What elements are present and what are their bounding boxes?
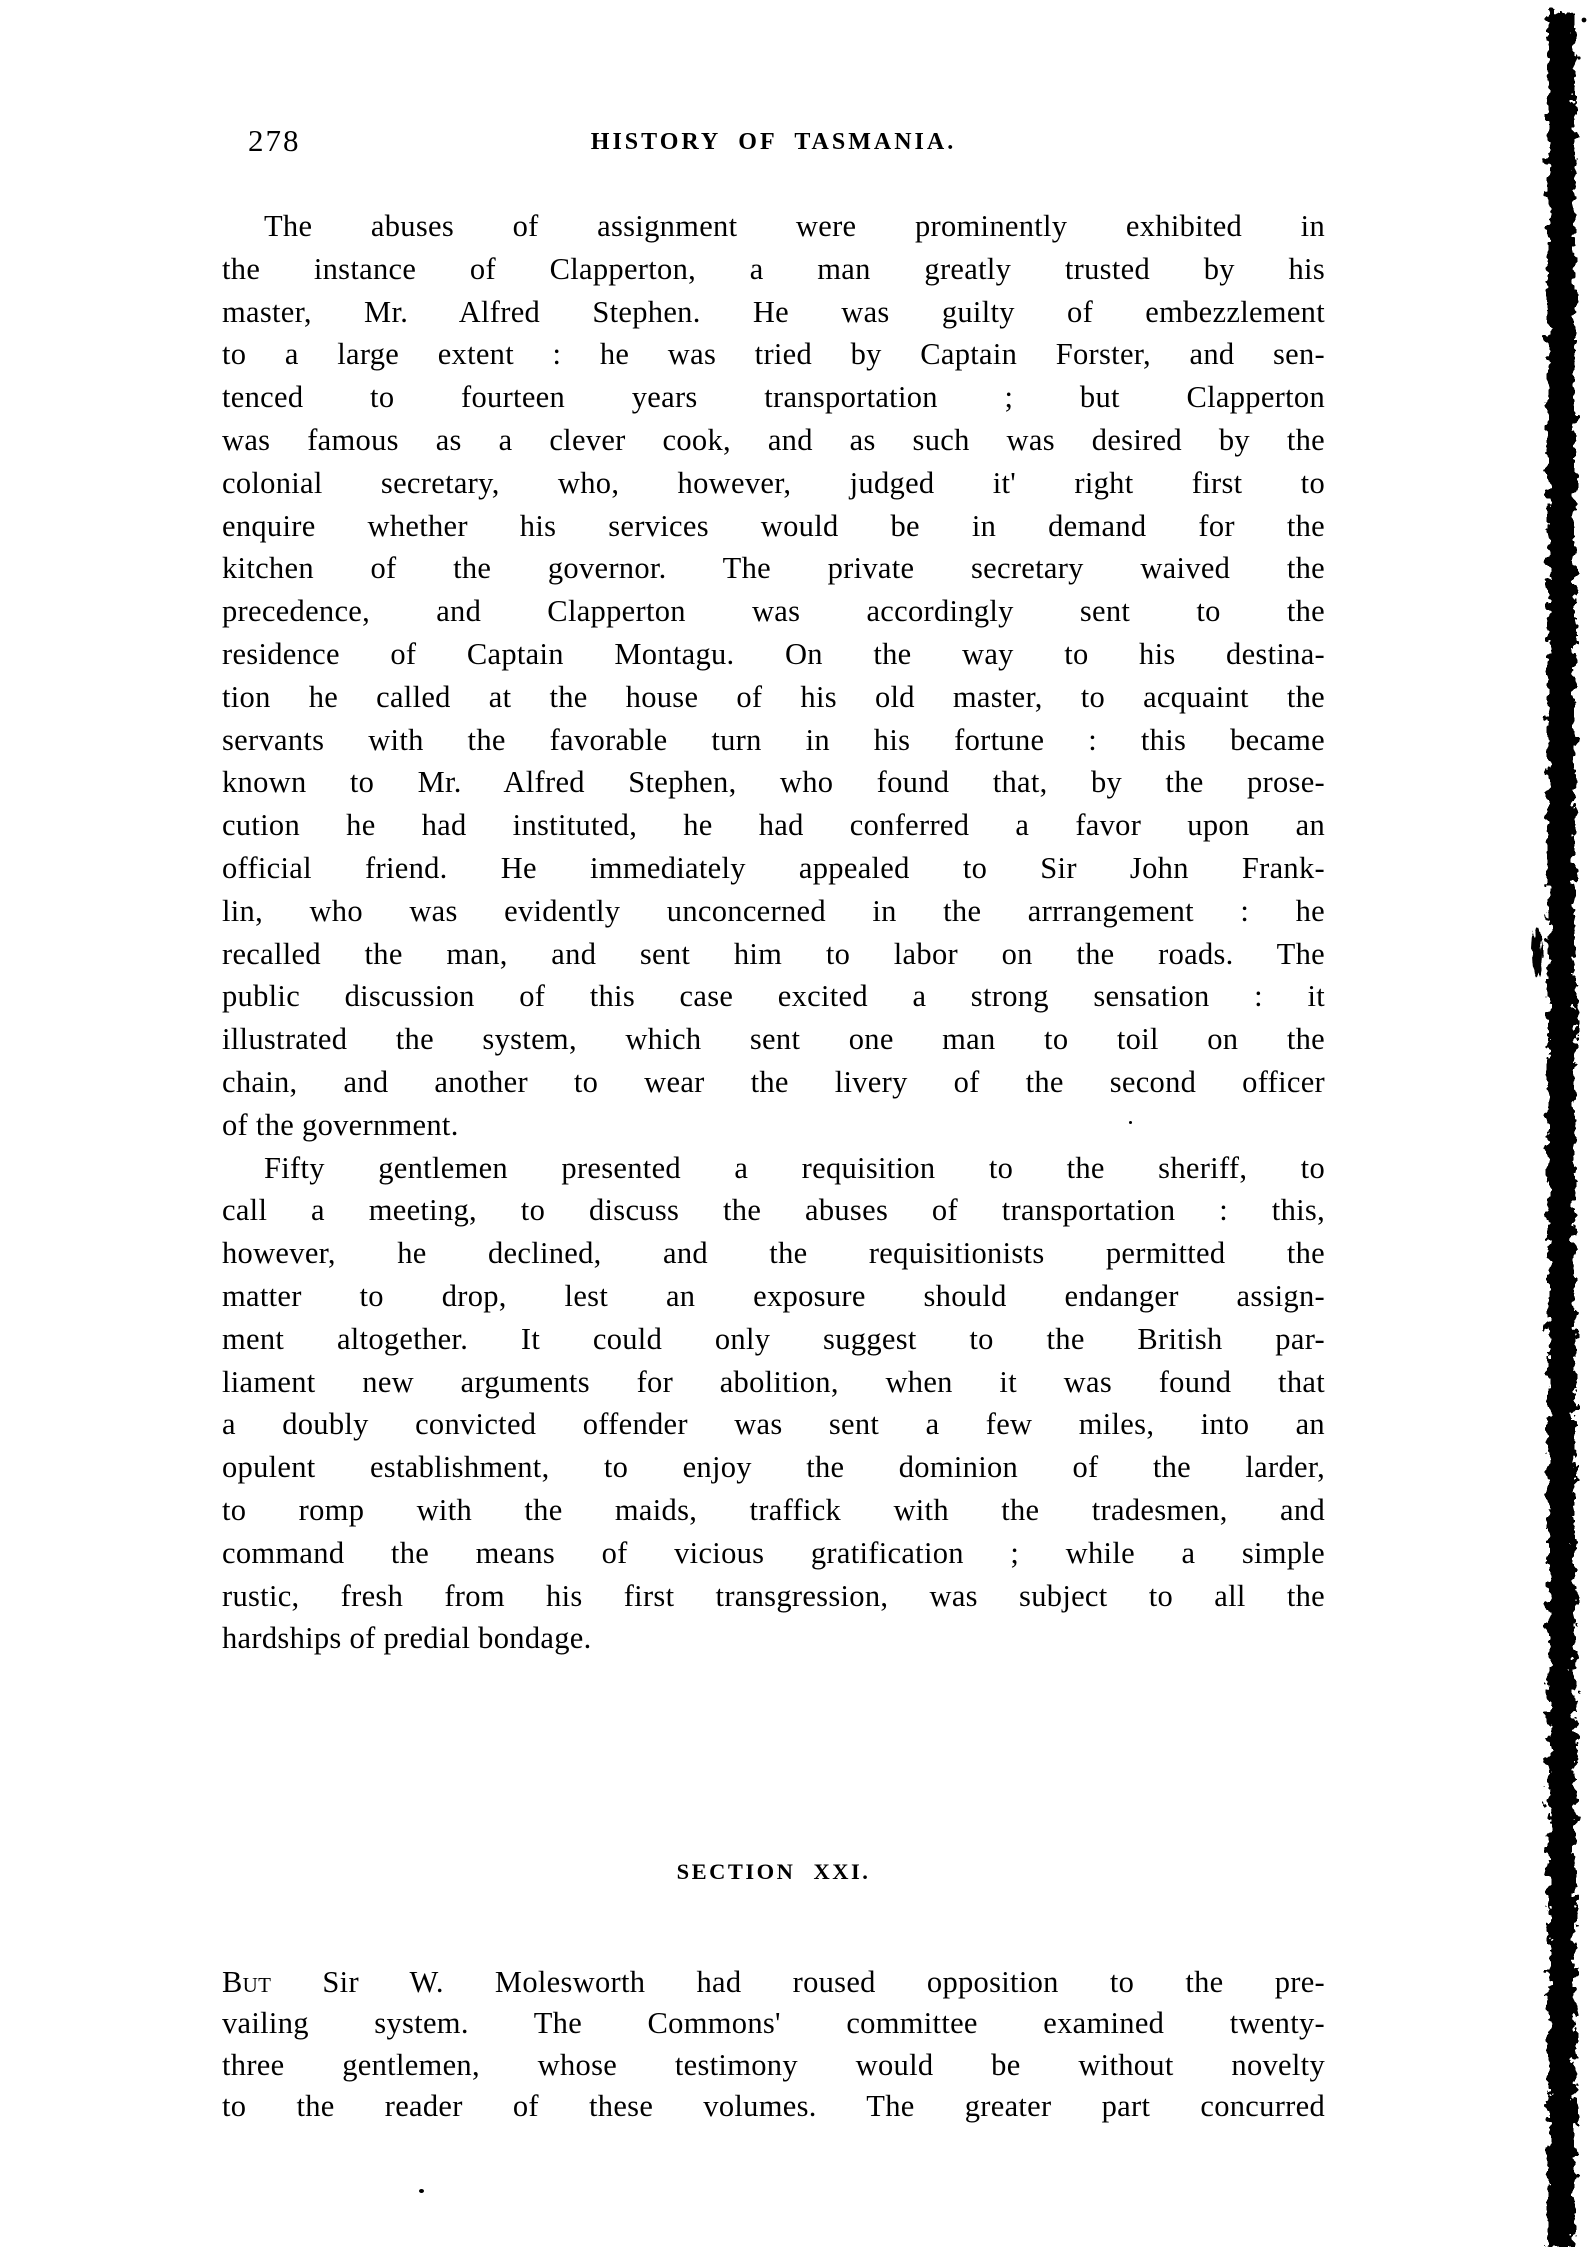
text-line: servants with the favorable turn in his …: [222, 719, 1325, 762]
section-heading: SECTION XXI.: [222, 1859, 1325, 1885]
text-line: tion he called at the house of his old m…: [222, 676, 1325, 719]
section-text-block: But Sir W. Molesworth had roused opposit…: [222, 1962, 1325, 2127]
text-line: vailing system. The Commons' committee e…: [222, 2003, 1325, 2044]
text-line: to romp with the maids, traffick with th…: [222, 1489, 1325, 1532]
text-line: residence of Captain Montagu. On the way…: [222, 633, 1325, 676]
text-line: to a large extent : he was tried by Capt…: [222, 333, 1325, 376]
text-line: illustrated the system, which sent one m…: [222, 1018, 1325, 1061]
text-line: cution he had instituted, he had conferr…: [222, 804, 1325, 847]
paragraph: But Sir W. Molesworth had roused opposit…: [222, 1962, 1325, 2127]
text-line: kitchen of the governor. The private sec…: [222, 547, 1325, 590]
text-line: command the means of vicious gratificati…: [222, 1532, 1325, 1575]
edge-speck: [1572, 95, 1575, 98]
ink-speck: [419, 2189, 424, 2193]
text-line: known to Mr. Alfred Stephen, who found t…: [222, 761, 1325, 804]
book-page: 278 HISTORY OF TASMANIA. The abuses of a…: [0, 0, 1594, 2247]
text-line: of the government.: [222, 1104, 1325, 1147]
text-line: opulent establishment, to enjoy the domi…: [222, 1446, 1325, 1489]
text-line: official friend. He immediately appealed…: [222, 847, 1325, 890]
paragraph: The abuses of assignment were prominentl…: [222, 205, 1325, 1147]
text-line: to the reader of these volumes. The grea…: [222, 2086, 1325, 2127]
main-text-block: The abuses of assignment were prominentl…: [222, 205, 1325, 1660]
text-line: The abuses of assignment were prominentl…: [222, 205, 1325, 248]
text-line: matter to drop, lest an exposure should …: [222, 1275, 1325, 1318]
text-line: the instance of Clapperton, a man greatl…: [222, 248, 1325, 291]
text-line: three gentlemen, whose testimony would b…: [222, 2045, 1325, 2086]
edge-blob: [1532, 928, 1542, 976]
text-line: chain, and another to wear the livery of…: [222, 1061, 1325, 1104]
text-line: recalled the man, and sent him to labor …: [222, 933, 1325, 976]
text-line: tenced to fourteen years transportation …: [222, 376, 1325, 419]
small-caps-lead: ut: [243, 1965, 272, 1999]
text-line: however, he declined, and the requisitio…: [222, 1232, 1325, 1275]
text-line: precedence, and Clapperton was according…: [222, 590, 1325, 633]
text-line: enquire whether his services would be in…: [222, 505, 1325, 548]
edge-speck: [1577, 56, 1580, 59]
text-line: call a meeting, to discuss the abuses of…: [222, 1189, 1325, 1232]
text-line: lin, who was evidently unconcerned in th…: [222, 890, 1325, 933]
paragraph: Fifty gentlemen presented a requisition …: [222, 1147, 1325, 1661]
text-line: was famous as a clever cook, and as such…: [222, 419, 1325, 462]
text-line: public discussion of this case excited a…: [222, 975, 1325, 1018]
text-line: But Sir W. Molesworth had roused opposit…: [222, 1962, 1325, 2003]
running-title: HISTORY OF TASMANIA.: [222, 129, 1325, 156]
edge-speck: [1582, 18, 1587, 23]
edge-band: [1548, 12, 1575, 2247]
text-line: master, Mr. Alfred Stephen. He was guilt…: [222, 291, 1325, 334]
scan-edge-artifact: [1510, 0, 1594, 2247]
text-line: ment altogether. It could only suggest t…: [222, 1318, 1325, 1361]
ink-speck: [1129, 1121, 1132, 1124]
text-line: colonial secretary, who, however, judged…: [222, 462, 1325, 505]
text-line: hardships of predial bondage.: [222, 1617, 1325, 1660]
text-line: a doubly convicted offender was sent a f…: [222, 1403, 1325, 1446]
page-header: 278 HISTORY OF TASMANIA.: [222, 120, 1325, 164]
text-line: Fifty gentlemen presented a requisition …: [222, 1147, 1325, 1190]
text-line: rustic, fresh from his first transgressi…: [222, 1575, 1325, 1618]
text-line: liament new arguments for abolition, whe…: [222, 1361, 1325, 1404]
